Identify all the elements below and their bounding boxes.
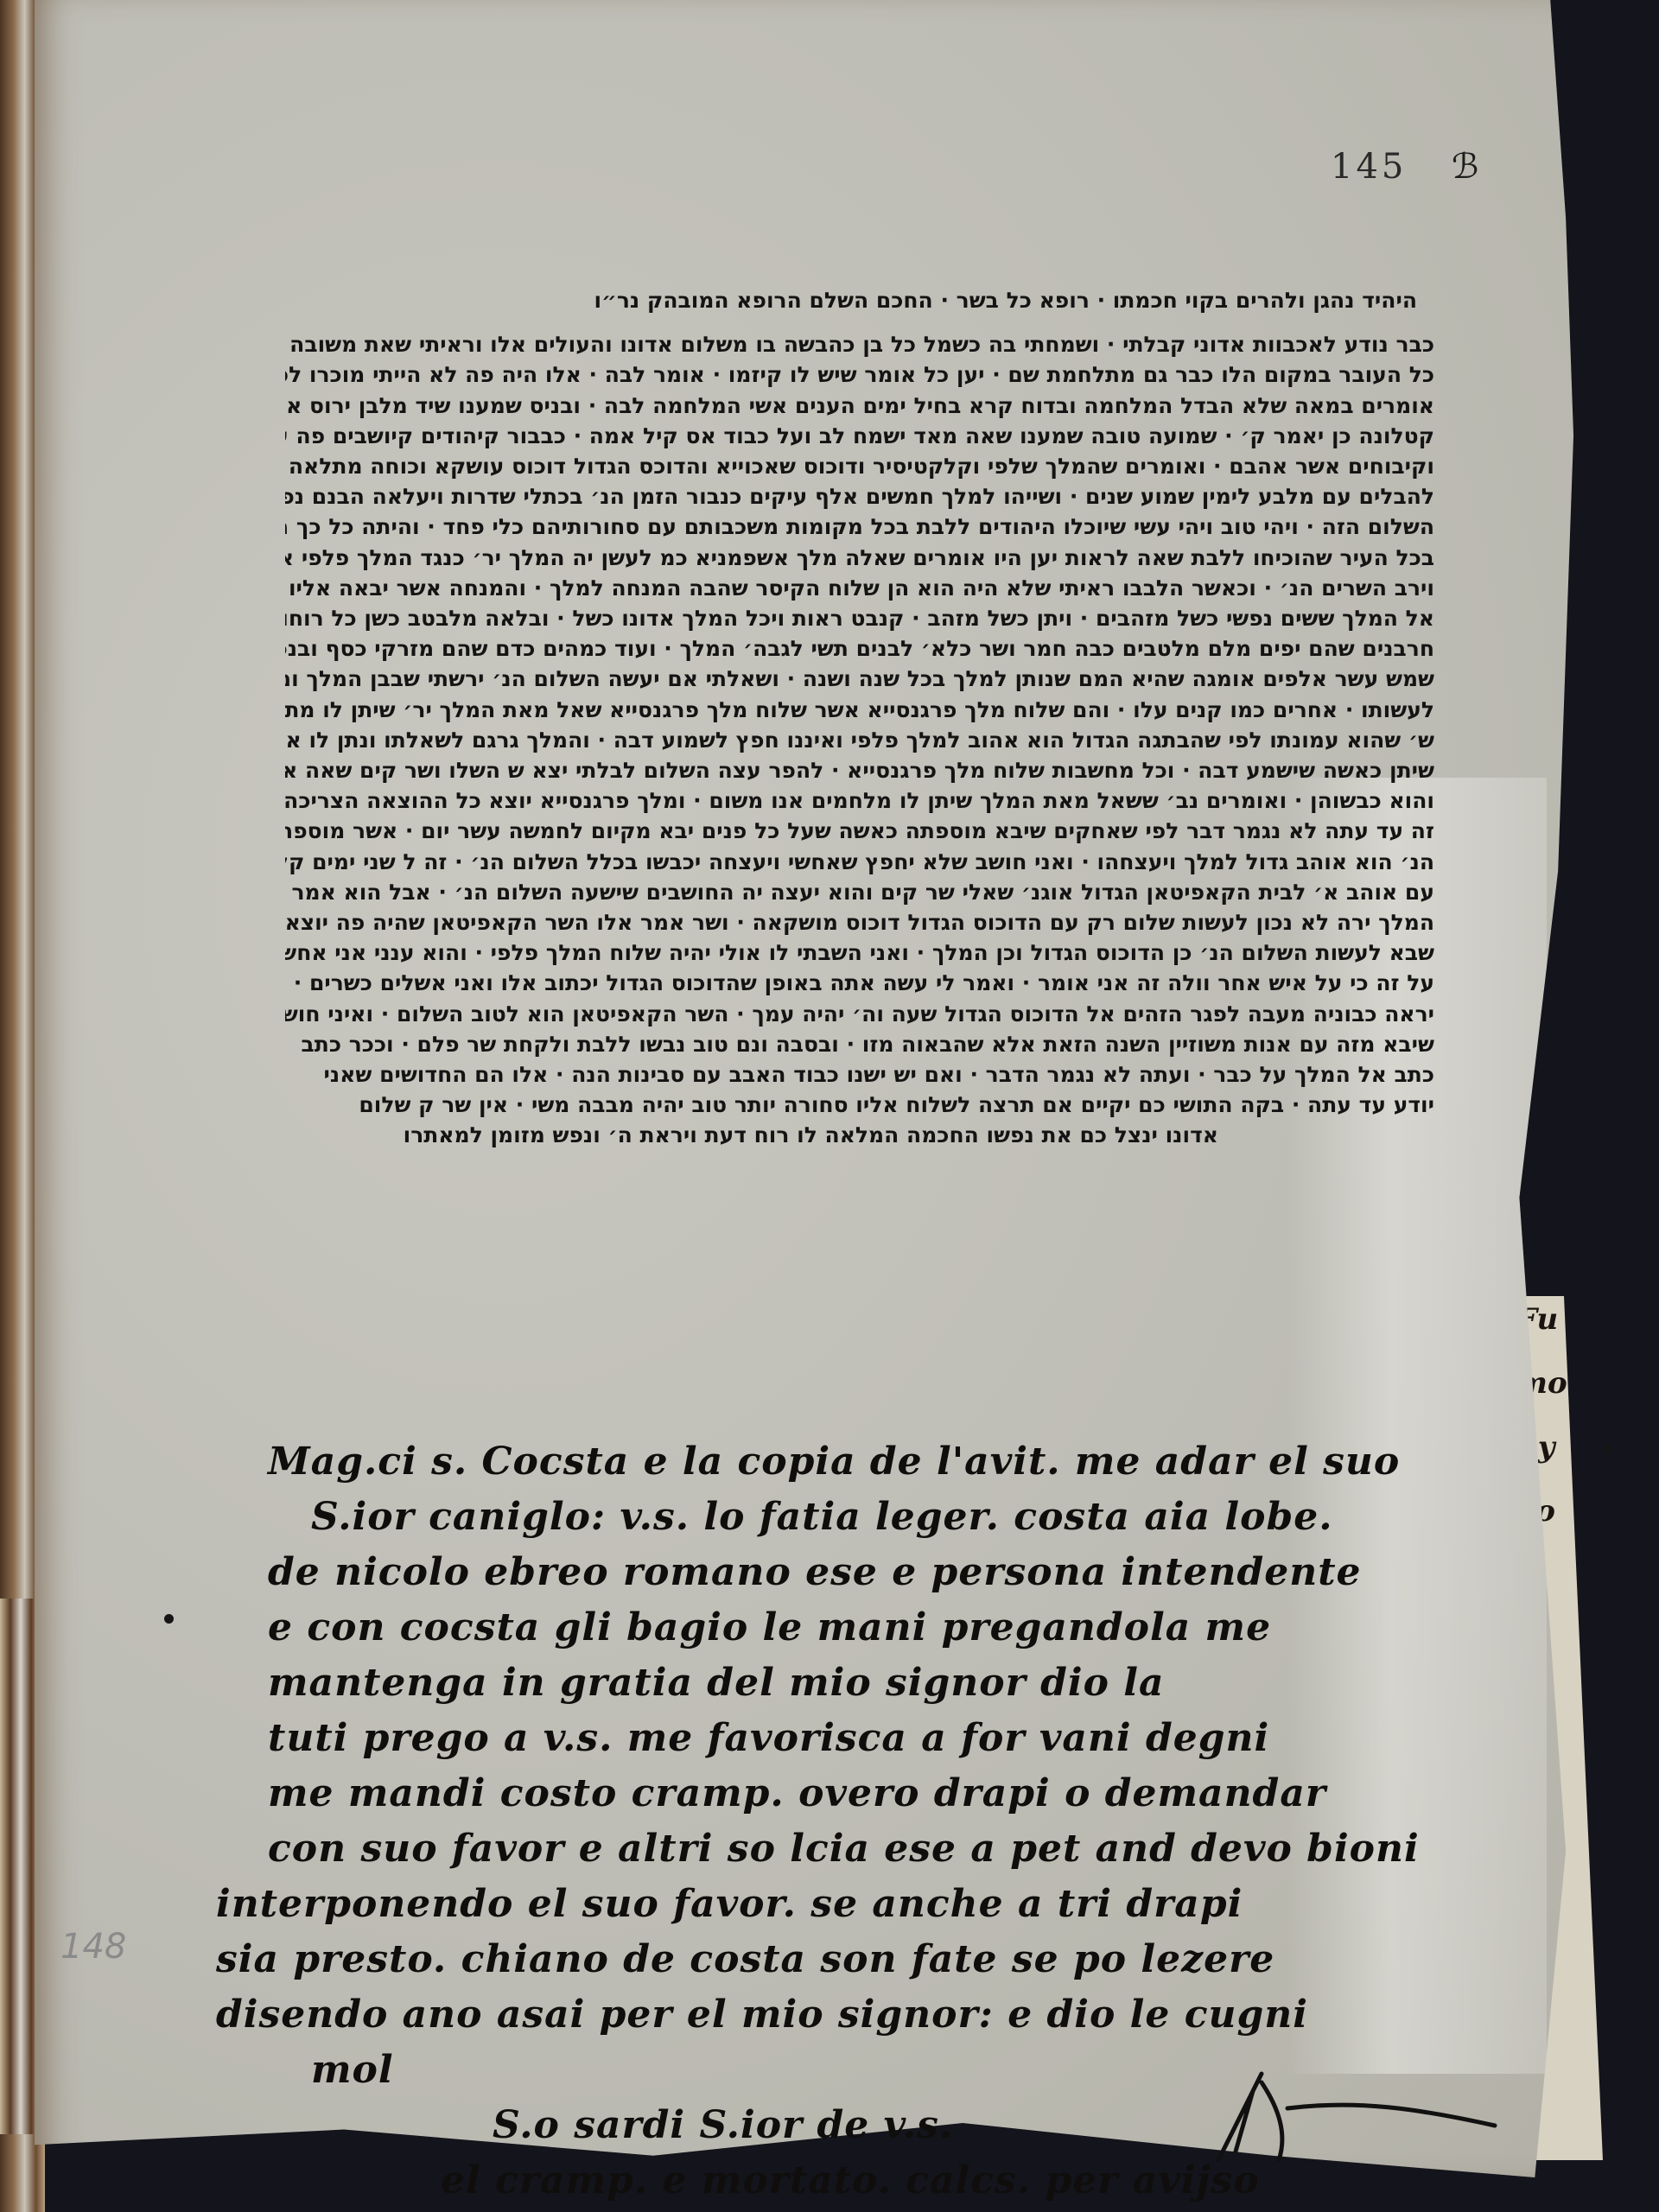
ink-dot xyxy=(164,1614,174,1624)
hebrew-line: המלך ירה לא נכון לעשות שלום רק עם הדוכוס… xyxy=(285,907,1434,938)
hebrew-line: שיבא מזה עם אנות משוזיין השנה הזאת אלא ש… xyxy=(285,1029,1434,1059)
italian-line: e con cocsta gli bagio le mani pregandol… xyxy=(216,1600,1512,1656)
hebrew-line: שמש עשר אלפים אומגה שהיא המם שנותן למלך … xyxy=(285,664,1434,694)
italian-line: de nicolo ebreo romano ese e persona int… xyxy=(216,1545,1512,1600)
hebrew-closing-line: אדונו ינצל כם את נפשו החכמה המלאה לו רוח… xyxy=(285,1120,1434,1150)
hebrew-line: על זה כי על איש אחר וולה זה אני אומר · ו… xyxy=(285,968,1434,998)
hebrew-line: הנ׳ הוא אוהב גדול למלך ויעצחהו · ואני חו… xyxy=(285,847,1434,877)
italian-line: sia presto. chiano de costa son fate se … xyxy=(216,1932,1512,1987)
hebrew-line: והוא כבשוהן · ואומרים נב׳ ששאל מאת המלך … xyxy=(285,785,1434,816)
italian-line: disendo ano asai per el mio signor: e di… xyxy=(216,1987,1512,2043)
hebrew-line: חרבנים שהם יפים מלם מלטבים כבה חמר ושר כ… xyxy=(285,633,1434,664)
hebrew-heading: היהיד נהגן ולהרים בקוי חכמתו · רופא כל ב… xyxy=(285,285,1434,315)
hebrew-line: להבלים עם מלבע לימין שמוע שנים · ושייהו … xyxy=(285,481,1434,512)
italian-line: S.ior caniglo: v.s. lo fatia leger. cost… xyxy=(216,1490,1512,1545)
hebrew-line: יודע עד עתה · בקה התושי כם יקיים אם תרצה… xyxy=(285,1090,1434,1120)
italian-line: con suo favor e altri so lcia ese a pet … xyxy=(216,1821,1512,1877)
hebrew-line: אל המלך ששים נפשי כשל מזהבים · ויתן כשל … xyxy=(285,603,1434,633)
hebrew-line: כבר נודע לאכבוות אדוני קבלתי · ושמחתי בה… xyxy=(285,329,1434,359)
hebrew-line: זה עד עתה לא נגמר דבר לפי שאחקים שיבא מו… xyxy=(285,816,1434,846)
hebrew-letter-text: היהיד נהגן ולהרים בקוי חכמתו · רופא כל ב… xyxy=(285,285,1434,1151)
fragment-text: Fu xyxy=(1516,1287,1637,1351)
italian-line: me mandi costo cramp. overo drapi o dema… xyxy=(216,1766,1512,1821)
hebrew-line: בכל העיר שהוכיחו ללבת שאה לראות יען היו … xyxy=(285,543,1434,573)
hebrew-line: השלום הזה · ויהי טוב ויהי עשי שיוכלו היה… xyxy=(285,512,1434,542)
hebrew-line: כתב אל המלך על כבר · ועתה לא נגמר הדבר ·… xyxy=(285,1059,1434,1090)
folio-number: 145 xyxy=(1331,147,1407,187)
signature-flourish-icon xyxy=(1201,2056,1512,2169)
italian-line: Mag.ci s. Cocsta e la copia de l'avit. m… xyxy=(216,1434,1512,1490)
hebrew-line: יראה כבוניה מעבה לפגר הזהים אל הדוכוס הג… xyxy=(285,999,1434,1029)
hebrew-line: אומרים במאה שלא הבדל המלחמה ובדוח קרא בח… xyxy=(285,391,1434,421)
ink-dot xyxy=(1603,1445,1612,1454)
folio-mark-glyph: ℬ xyxy=(1452,147,1478,187)
hebrew-line: כל העובר במקום הלו כבר גם מתלחמת שם · יע… xyxy=(285,359,1434,390)
hebrew-line: עם אוהב א׳ לבית הקאפיטאן הגדול אוגנ׳ שאל… xyxy=(285,877,1434,907)
hebrew-line: שבא לעשות השלום הנ׳ כן הדוכוס הגדול וכן … xyxy=(285,938,1434,968)
italian-line: interponendo el suo favor. se anche a tr… xyxy=(216,1877,1512,1932)
hebrew-line: וירב השרים הנ׳ · וכאשר הלבבו ראיתי שלא ה… xyxy=(285,573,1434,603)
italian-line: mantenga in gratia del mio signor dio la xyxy=(216,1656,1512,1711)
hebrew-line: וקיבוחים אשר אהבם · ואומרים שהמלך שלפי ו… xyxy=(285,451,1434,481)
italian-line: tuti prego a v.s. me favorisca a for van… xyxy=(216,1711,1512,1766)
hebrew-line: ש׳ שהוא עמונתו לפי שהבתגה הגדול הוא אהוב… xyxy=(285,725,1434,755)
hebrew-line: שיתן כאשה שישמע דבה · וכל מחשבות שלוח מל… xyxy=(285,755,1434,785)
hebrew-line: לעשותו · אחרים כמו קנים עלו · והם שלוח מ… xyxy=(285,695,1434,725)
old-folio-number: 148 xyxy=(60,1927,126,1967)
hebrew-line: קטלונה כן יאמר ק׳ · שמועה טובה שמענו שאה… xyxy=(285,421,1434,451)
fragment-text: mo xyxy=(1516,1351,1637,1415)
